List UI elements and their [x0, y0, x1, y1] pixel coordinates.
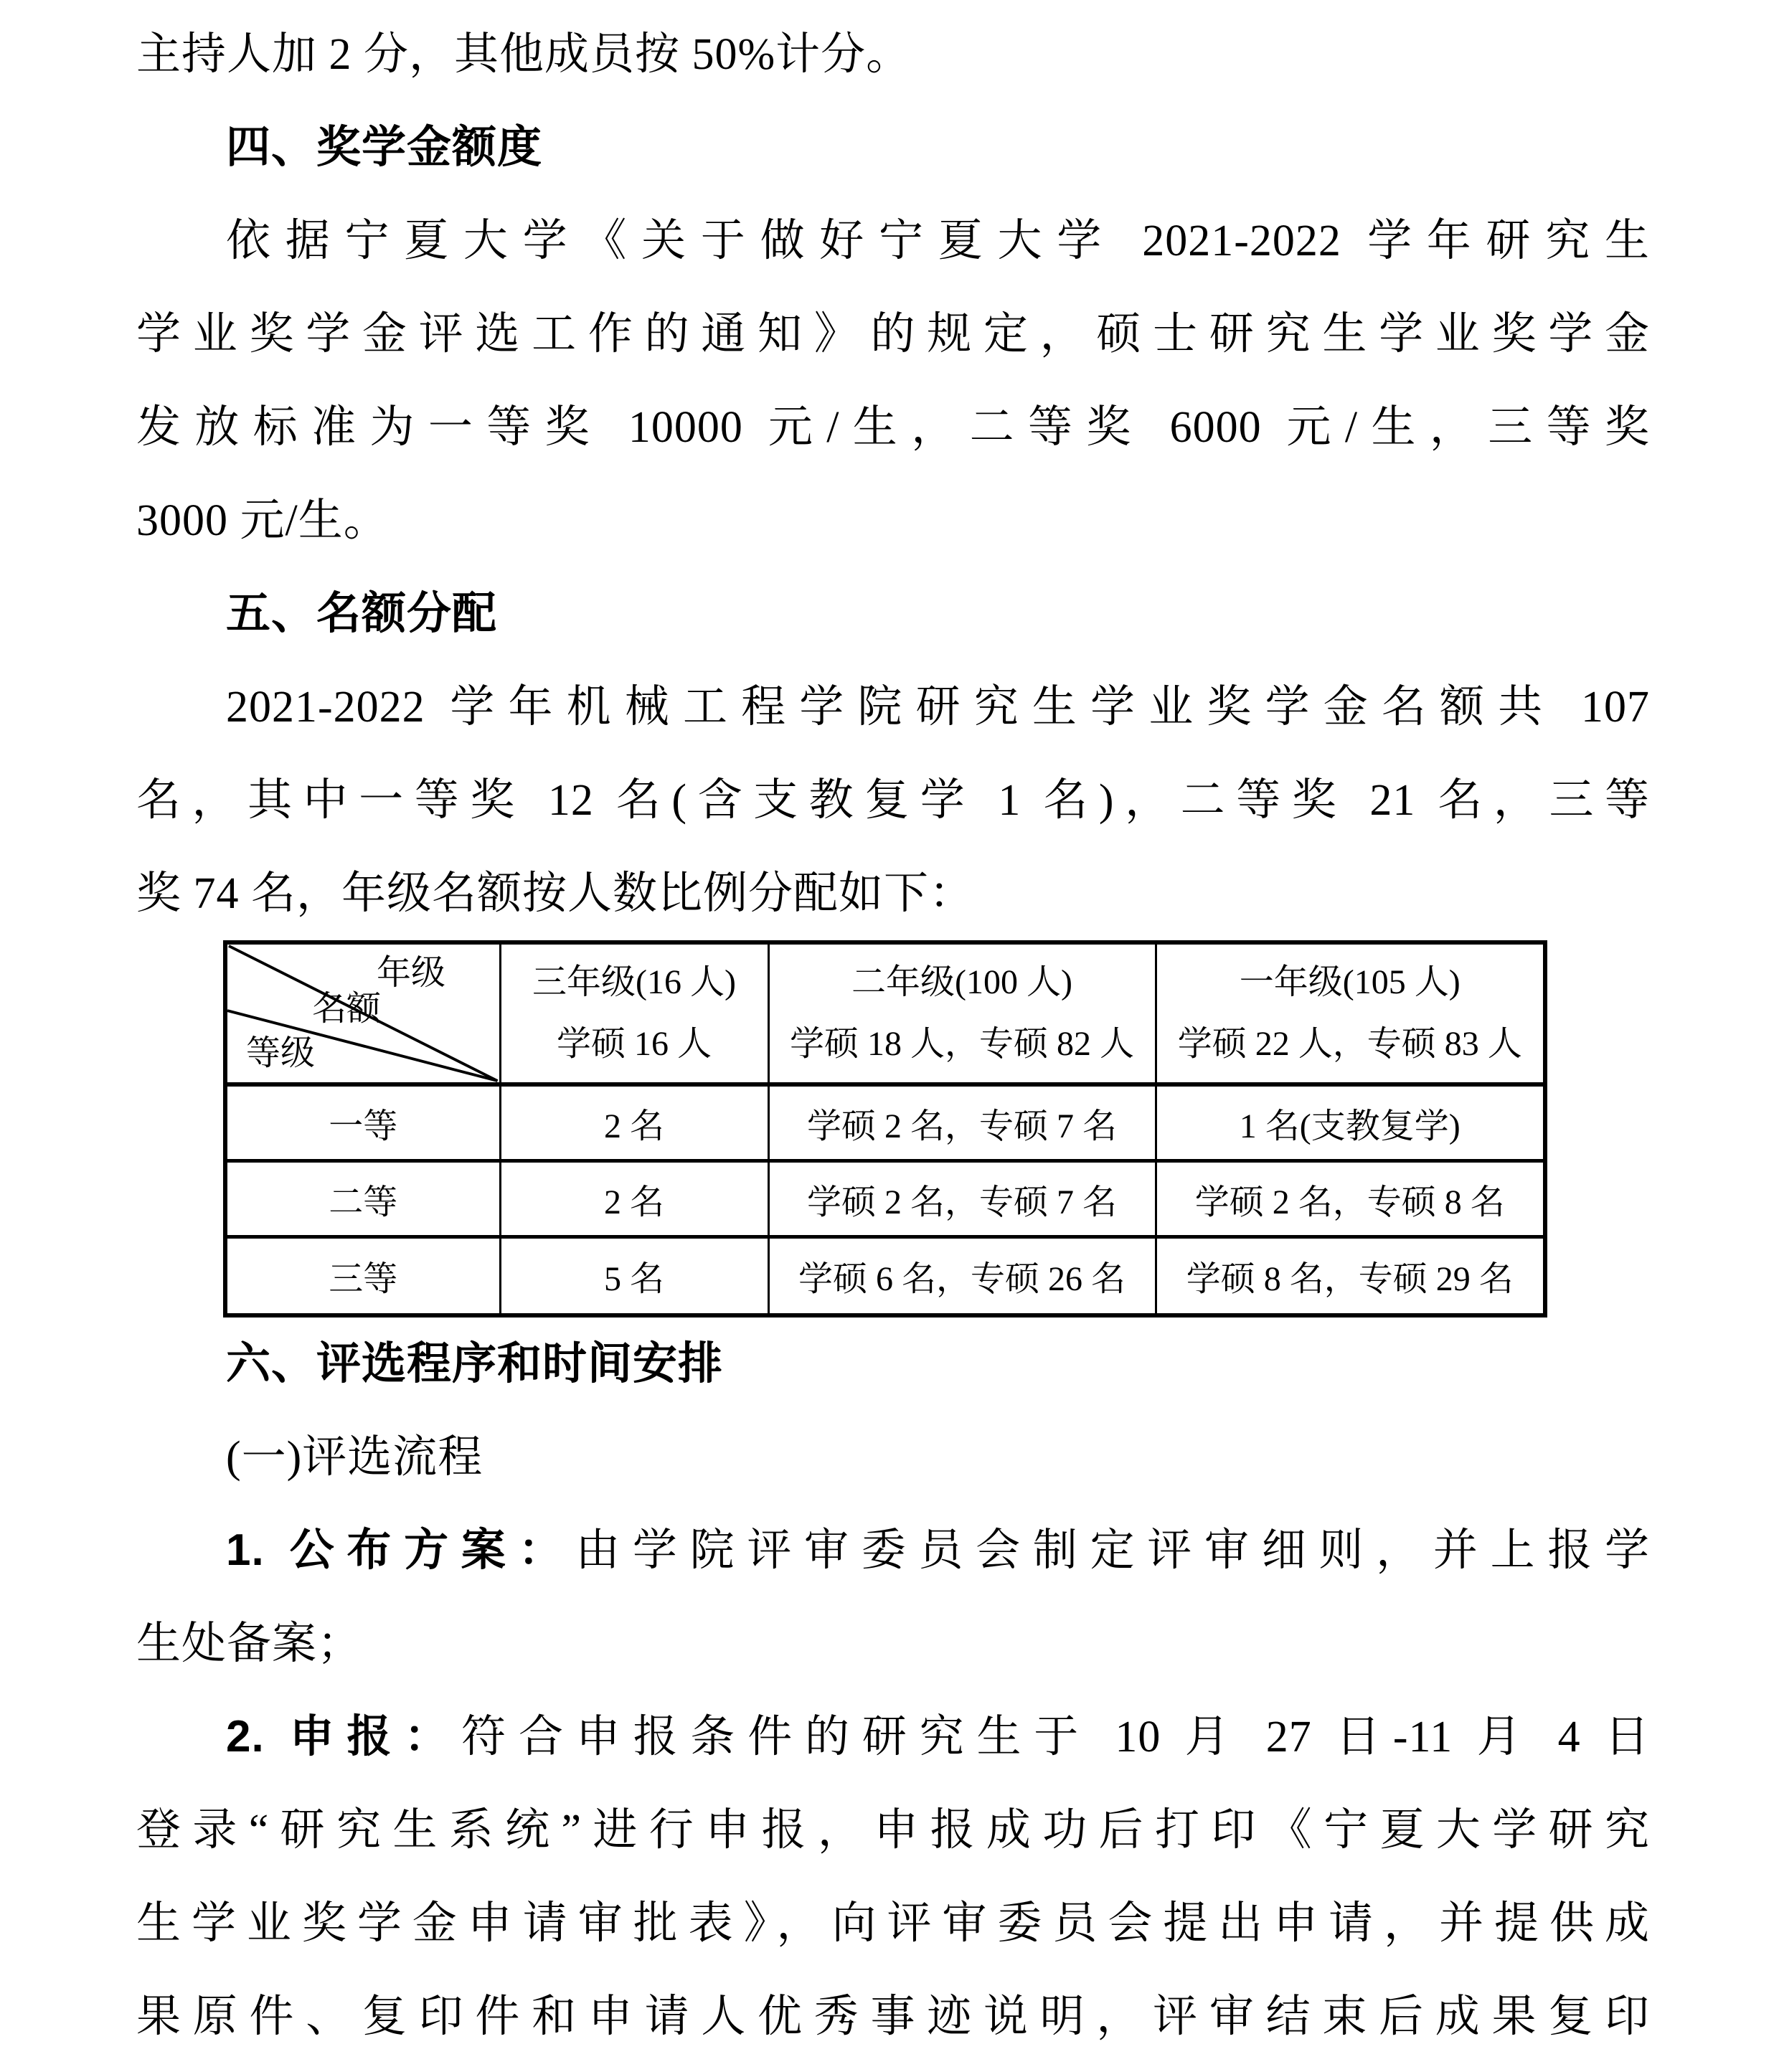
header-year2: 二年级(100 人) 学硕 18 人，专硕 82 人	[768, 942, 1156, 1084]
paragraph-line: 发放标准为一等奖 10000 元/生，二等奖 6000 元/生，三等奖	[136, 381, 1650, 474]
header-year2-detail: 学硕 18 人，专硕 82 人	[770, 1013, 1155, 1075]
paragraph-line: 果原件、复印件和申请人优秀事迹说明，评审结束后成果复印	[136, 1970, 1650, 2063]
section-heading-5: 五、名额分配	[136, 567, 1650, 661]
runin-heading-publish-plan: 1. 公布方案：	[226, 1525, 575, 1575]
table-corner-cell: 年级 名额 等级	[225, 942, 500, 1084]
corner-label-grade-column: 年级	[377, 956, 445, 990]
paragraph-text: 符合申报条件的研究生于 10 月 27 日-11 月 4 日	[461, 1713, 1650, 1761]
tier2-label: 二等	[225, 1160, 500, 1236]
tier1-year2: 学硕 2 名，专硕 7 名	[768, 1084, 1156, 1160]
table-row-tier3: 三等 5 名 学硕 6 名，专硕 26 名 学硕 8 名，专硕 29 名	[225, 1236, 1545, 1315]
paragraph-line: 登录“研究生系统”进行申报，申报成功后打印《宁夏大学研究	[136, 1784, 1650, 1877]
paragraph-text: 由学院评审委员会制定评审细则，并上报学	[575, 1526, 1650, 1575]
subsection-heading: (一)评选流程	[136, 1411, 1650, 1504]
table-row-tier1: 一等 2 名 学硕 2 名，专硕 7 名 1 名(支教复学)	[225, 1084, 1545, 1160]
tier2-year3: 2 名	[500, 1160, 768, 1236]
document-body: 主持人加 2 分，其他成员按 50%计分。 四、奖学金额度 依据宁夏大学《关于做…	[0, 0, 1779, 2063]
section-heading-4: 四、奖学金额度	[136, 101, 1650, 194]
tier1-year3: 2 名	[500, 1084, 768, 1160]
header-year2-title: 二年级(100 人)	[770, 952, 1155, 1013]
document-page: 主持人加 2 分，其他成员按 50%计分。 四、奖学金额度 依据宁夏大学《关于做…	[0, 0, 1779, 2072]
tier1-year1: 1 名(支教复学)	[1156, 1084, 1545, 1160]
tier3-year3: 5 名	[500, 1236, 768, 1315]
tier2-year2: 学硕 2 名，专硕 7 名	[768, 1160, 1156, 1236]
header-year3-detail: 学硕 16 人	[501, 1013, 768, 1075]
tier1-label: 一等	[225, 1084, 500, 1160]
header-year3-title: 三年级(16 人)	[501, 952, 768, 1013]
paragraph-line: 生学业奖学金申请审批表》，向评审委员会提出申请，并提供成	[136, 1877, 1650, 1970]
paragraph-line: 名，其中一等奖 12 名(含支教复学 1 名)，二等奖 21 名，三等	[136, 754, 1650, 847]
header-year3: 三年级(16 人) 学硕 16 人	[500, 942, 768, 1084]
paragraph-line: 2. 申报：符合申报条件的研究生于 10 月 27 日-11 月 4 日	[136, 1690, 1650, 1784]
tier2-year1: 学硕 2 名，专硕 8 名	[1156, 1160, 1545, 1236]
header-year1: 一年级(105 人) 学硕 22 人，专硕 83 人	[1156, 942, 1545, 1084]
header-year1-title: 一年级(105 人)	[1157, 952, 1544, 1013]
paragraph-line: 主持人加 2 分，其他成员按 50%计分。	[136, 8, 1650, 101]
table-header-row: 年级 名额 等级 三年级(16 人) 学硕 16 人 二年级(100 人) 学硕…	[225, 942, 1545, 1084]
tier3-year1: 学硕 8 名，专硕 29 名	[1156, 1236, 1545, 1315]
corner-label-quota: 名额	[312, 992, 381, 1026]
header-year1-detail: 学硕 22 人，专硕 83 人	[1157, 1013, 1544, 1075]
paragraph-line: 1. 公布方案：由学院评审委员会制定评审细则，并上报学	[136, 1504, 1650, 1597]
quota-allocation-table: 年级 名额 等级 三年级(16 人) 学硕 16 人 二年级(100 人) 学硕…	[223, 940, 1547, 1318]
paragraph-line: 3000 元/生。	[136, 474, 1650, 567]
table-row-tier2: 二等 2 名 学硕 2 名，专硕 7 名 学硕 2 名，专硕 8 名	[225, 1160, 1545, 1236]
paragraph-line: 学业奖学金评选工作的通知》的规定，硕士研究生学业奖学金	[136, 288, 1650, 381]
paragraph-line: 生处备案；	[136, 1597, 1650, 1690]
corner-label-tier: 等级	[246, 1036, 315, 1071]
tier3-year2: 学硕 6 名，专硕 26 名	[768, 1236, 1156, 1315]
section-heading-6: 六、评选程序和时间安排	[136, 1318, 1650, 1411]
runin-heading-apply: 2. 申报：	[226, 1712, 461, 1761]
paragraph-line: 2021-2022 学年机械工程学院研究生学业奖学金名额共 107	[136, 661, 1650, 754]
tier3-label: 三等	[225, 1236, 500, 1315]
paragraph-line: 奖 74 名，年级名额按人数比例分配如下：	[136, 847, 1650, 940]
paragraph-line: 依据宁夏大学《关于做好宁夏大学 2021-2022 学年研究生	[136, 194, 1650, 288]
